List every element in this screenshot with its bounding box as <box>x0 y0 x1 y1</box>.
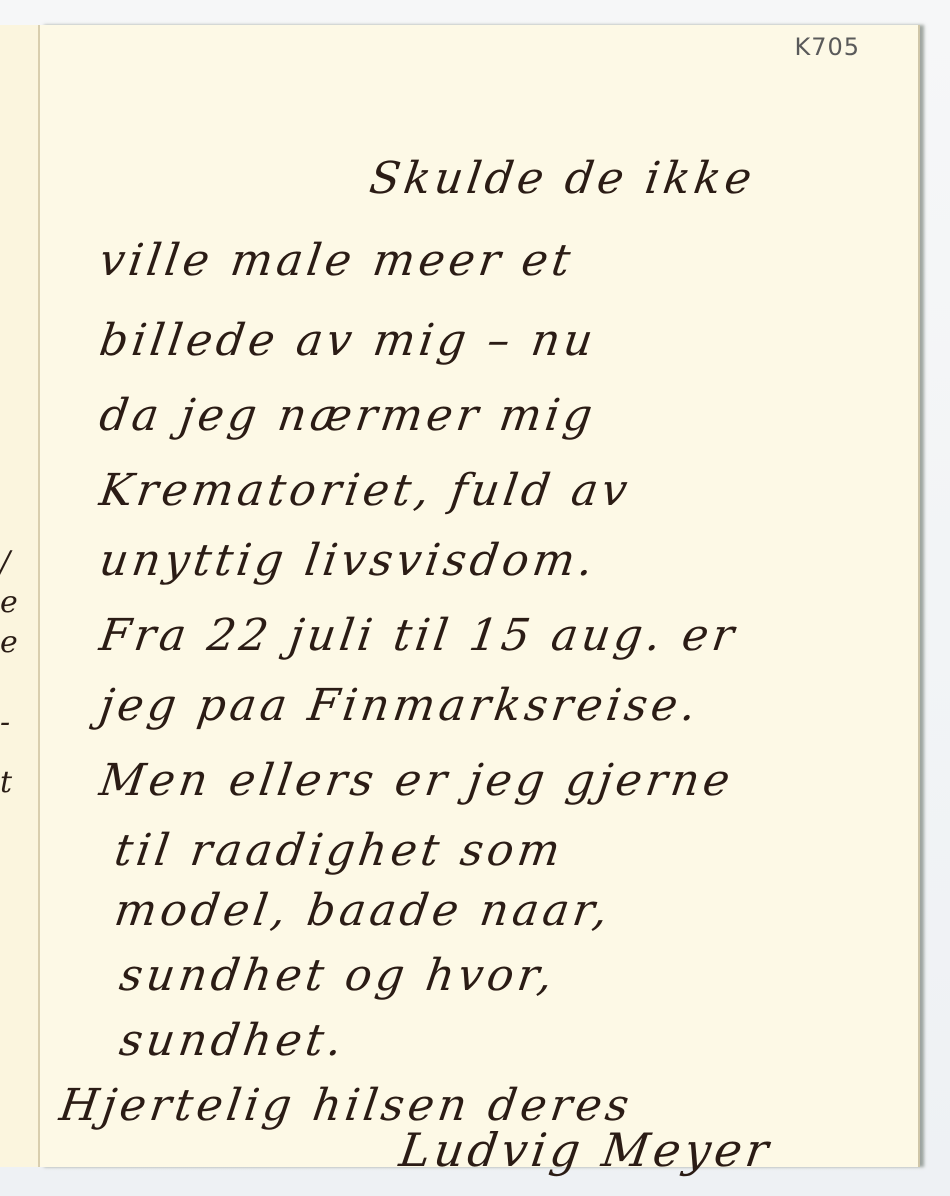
letter-line: Skulde de ikke <box>366 153 758 204</box>
letter-line: Fra 22 juli til 15 aug. er <box>96 610 741 661</box>
letter-line: sundhet og hvor, <box>116 950 559 1001</box>
catalog-number: K705 <box>794 33 860 61</box>
facing-page-fragment: e <box>0 625 18 660</box>
facing-page-fragment: - <box>0 705 10 740</box>
letter-line: model, baade naar, <box>111 885 614 936</box>
signature: Ludvig Meyer <box>396 1123 776 1177</box>
facing-page-fragment: / <box>0 545 10 580</box>
letter-line: ville male meer et <box>96 235 577 286</box>
letter-line: billede av mig – nu <box>96 315 599 366</box>
facing-page-fragment: e <box>0 585 18 620</box>
letter-page: K705 Skulde de ikke ville male meer et b… <box>40 25 920 1167</box>
letter-line: sundhet. <box>116 1015 349 1066</box>
letter-line: unyttig livsvisdom. <box>96 535 600 586</box>
facing-page-edge: / e e - t <box>0 25 41 1167</box>
letter-line: jeg paa Finmarksreise. <box>96 680 703 731</box>
letter-line: Men ellers er jeg gjerne <box>96 755 737 806</box>
letter-line: da jeg nærmer mig <box>96 390 599 441</box>
facing-page-fragment: t <box>0 765 12 800</box>
letter-line: Krematoriet, fuld av <box>96 465 634 516</box>
letter-line: til raadighet som <box>111 825 567 876</box>
